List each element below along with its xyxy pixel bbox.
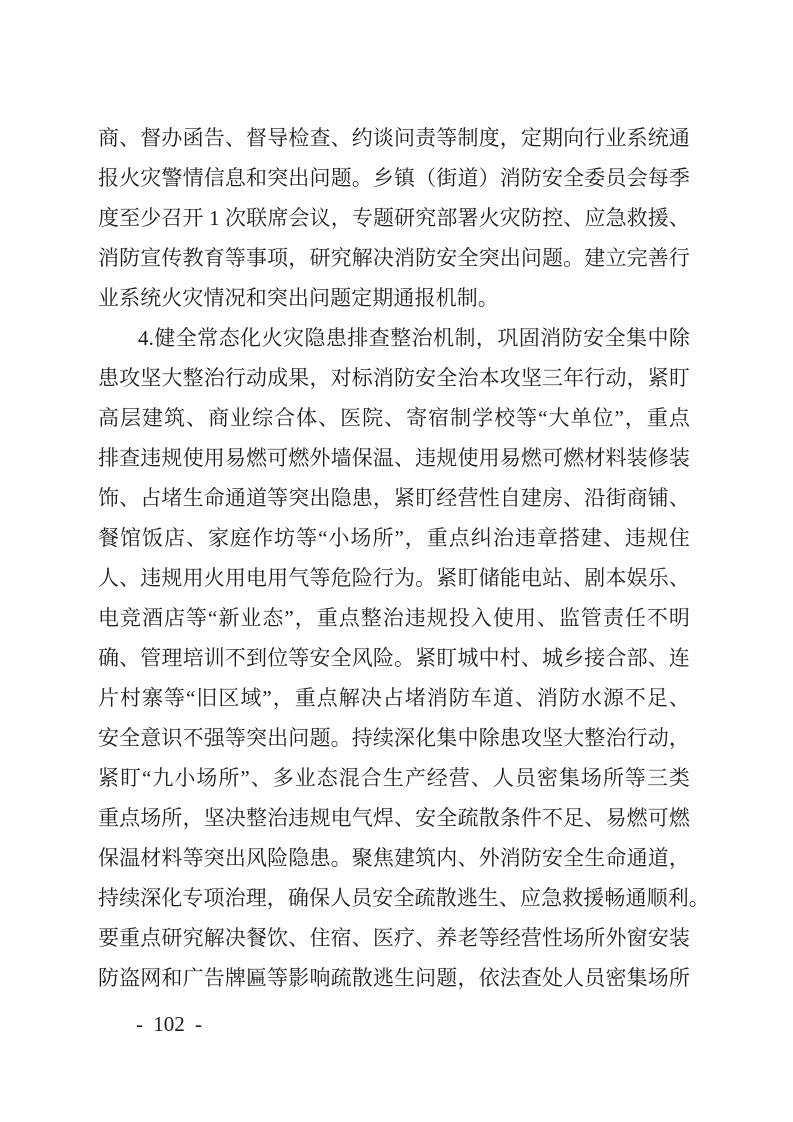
text-line: 4.健全常态化火灾隐患排查整治机制，巩固消防安全集中除 bbox=[98, 318, 690, 358]
text-line: 安全意识不强等突出问题。持续深化集中除患攻坚大整治行动， bbox=[98, 718, 690, 758]
text-line: 饰、占堵生命通道等突出隐患，紧盯经营性自建房、沿街商铺、 bbox=[98, 478, 690, 518]
text-line: 度至少召开 1 次联席会议，专题研究部署火灾防控、应急救援、 bbox=[98, 198, 690, 238]
text-line: 患攻坚大整治行动成果，对标消防安全治本攻坚三年行动，紧盯 bbox=[98, 358, 690, 398]
document-page: 商、督办函告、督导检查、约谈问责等制度，定期向行业系统通 报火灾警情信息和突出问… bbox=[0, 0, 793, 1122]
text-line: 紧盯“九小场所”、多业态混合生产经营、人员密集场所等三类 bbox=[98, 758, 690, 798]
text-line: 餐馆饭店、家庭作坊等“小场所”，重点纠治违章搭建、违规住 bbox=[98, 518, 690, 558]
text-line: 商、督办函告、督导检查、约谈问责等制度，定期向行业系统通 bbox=[98, 118, 690, 158]
text-line: 要重点研究解决餐饮、住宿、医疗、养老等经营性场所外窗安装 bbox=[98, 918, 690, 958]
text-line: 消防宣传教育等事项，研究解决消防安全突出问题。建立完善行 bbox=[98, 238, 690, 278]
text-line: 人、违规用火用电用气等危险行为。紧盯储能电站、剧本娱乐、 bbox=[98, 558, 690, 598]
text-line: 业系统火灾情况和突出问题定期通报机制。 bbox=[98, 278, 690, 318]
text-line: 片村寨等“旧区域”，重点解决占堵消防车道、消防水源不足、 bbox=[98, 678, 690, 718]
page-number: - 102 - bbox=[136, 1013, 202, 1035]
text-line: 报火灾警情信息和突出问题。乡镇（街道）消防安全委员会每季 bbox=[98, 158, 690, 198]
text-line: 电竞酒店等“新业态”，重点整治违规投入使用、监管责任不明 bbox=[98, 598, 690, 638]
text-line: 持续深化专项治理，确保人员安全疏散逃生、应急救援畅通顺利。 bbox=[98, 878, 690, 918]
text-line: 防盗网和广告牌匾等影响疏散逃生问题，依法查处人员密集场所 bbox=[98, 958, 690, 998]
text-line: 高层建筑、商业综合体、医院、寄宿制学校等“大单位”，重点 bbox=[98, 398, 690, 438]
text-line: 重点场所，坚决整治违规电气焊、安全疏散条件不足、易燃可燃 bbox=[98, 798, 690, 838]
text-line: 保温材料等突出风险隐患。聚焦建筑内、外消防安全生命通道， bbox=[98, 838, 690, 878]
text-line: 排查违规使用易燃可燃外墙保温、违规使用易燃可燃材料装修装 bbox=[98, 438, 690, 478]
document-body: 商、督办函告、督导检查、约谈问责等制度，定期向行业系统通 报火灾警情信息和突出问… bbox=[98, 118, 690, 998]
text-line: 确、管理培训不到位等安全风险。紧盯城中村、城乡接合部、连 bbox=[98, 638, 690, 678]
